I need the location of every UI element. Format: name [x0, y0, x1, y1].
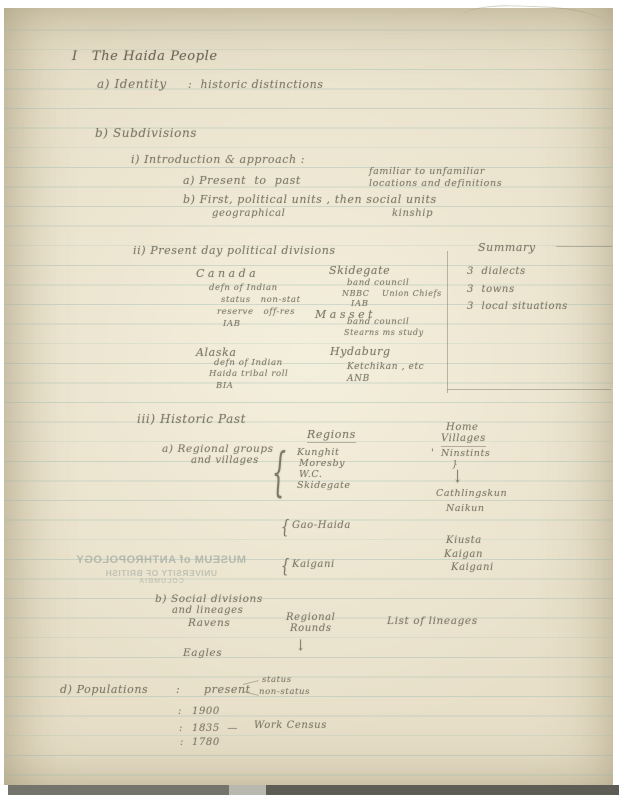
handwritten-text: d) Populations	[60, 684, 148, 696]
handwritten-text: 3 local situations	[467, 302, 568, 313]
handwritten-text: and villages	[191, 456, 259, 467]
handwritten-text: Home	[446, 423, 479, 434]
handwritten-text: b) First, political units , then social …	[183, 194, 437, 206]
handwritten-text: 1835 —	[192, 724, 238, 735]
handwritten-text: 1900	[192, 707, 220, 718]
handwritten-text: b) Subdivisions	[95, 127, 197, 140]
handwritten-text: NBBC Union Chiefs	[342, 290, 442, 298]
handwritten-text: List of lineages	[387, 616, 478, 627]
handwritten-text: iii) Historic Past	[137, 413, 246, 426]
scan-bottom-edge	[0, 785, 619, 795]
handwritten-text: :	[178, 707, 182, 718]
handwritten-text: BIA	[216, 382, 234, 391]
handwritten-text: Skidegate	[297, 481, 351, 491]
stamp-line: COLUMBIA	[66, 578, 256, 587]
handwritten-text: a) Regional groups	[162, 444, 274, 455]
handwritten-text: Gao-Haida	[292, 521, 351, 532]
handwritten-text: band council	[347, 318, 409, 327]
handwritten-text: Naikun	[446, 504, 485, 514]
handwritten-text: Haida tribal roll	[209, 370, 288, 379]
handwritten-text: defn of Indian	[209, 284, 278, 293]
handwritten-text: kinship	[392, 209, 433, 220]
handwritten-text: Regions	[307, 429, 356, 443]
brace-regions: {	[272, 446, 287, 501]
handwritten-text: Alaska	[196, 347, 237, 359]
handwritten-text: i) Introduction & approach :	[131, 154, 305, 166]
handwritten-text: IAB	[223, 320, 241, 329]
handwritten-text: Kiusta	[446, 536, 482, 547]
handwritten-text: Kaigani	[292, 560, 335, 571]
handwritten-text: Eagles	[183, 648, 222, 659]
handwritten-text: defn of Indian	[214, 359, 283, 368]
down-arrow: ↓	[453, 468, 463, 486]
handwritten-text: present	[204, 684, 251, 696]
handwritten-text: and lineages	[172, 606, 243, 617]
paper-sheet: MUSEUM of ANTHROPOLOGY UNIVERSITY OF BRI…	[4, 8, 613, 786]
handwritten-text: Kaigani	[451, 563, 494, 574]
handwritten-text: 3 dialects	[467, 267, 526, 278]
handwritten-text: Ketchikan , etc	[347, 363, 424, 372]
handwritten-text: reserve off-res	[217, 308, 295, 317]
handwritten-text: Villages	[441, 434, 486, 447]
handwritten-text: :	[180, 738, 184, 749]
handwritten-text: ii) Present day political divisions	[133, 245, 336, 257]
handwritten-text: Kunghit	[297, 448, 339, 458]
handwritten-text: a) Present to past	[183, 175, 301, 187]
summary-bottom-hline	[447, 389, 611, 390]
down-arrow: ↓	[296, 638, 306, 654]
handwritten-text: Skidegate	[329, 265, 390, 277]
handwritten-text: ANB	[347, 375, 370, 384]
handwritten-text: familiar to unfamiliar	[369, 167, 485, 177]
handwritten-text: status	[262, 676, 292, 685]
summary-divider-vline	[447, 251, 448, 393]
handwritten-text: Ravens	[188, 618, 230, 629]
handwritten-text: Cathlingskun	[436, 489, 507, 499]
handwritten-text: non-status	[259, 688, 310, 697]
fold-crease	[462, 3, 608, 25]
handwritten-text: I The Haida People	[72, 50, 218, 64]
handwritten-text: :	[179, 724, 183, 735]
handwritten-text: band council	[347, 279, 409, 288]
brace-gao-haida: {	[281, 519, 290, 538]
handwritten-text: Ninstints	[441, 449, 490, 459]
handwritten-text: status non-stat	[221, 296, 301, 305]
handwritten-text: a) Identity	[97, 78, 167, 91]
summary-top-hline	[556, 246, 612, 247]
stamp-line: MUSEUM of ANTHROPOLOGY	[66, 554, 256, 568]
handwritten-text: Moresby	[299, 459, 345, 469]
handwritten-text: locations and definitions	[369, 179, 502, 189]
bleedthrough-stamp: MUSEUM of ANTHROPOLOGY UNIVERSITY OF BRI…	[66, 554, 256, 587]
handwritten-text: Canada	[196, 268, 259, 280]
handwritten-text: 3 towns	[467, 285, 515, 296]
handwritten-text: Summary	[478, 242, 536, 254]
handwritten-text: Work Census	[254, 721, 327, 732]
handwritten-text: W.C.	[299, 470, 322, 480]
handwritten-text: :	[176, 684, 180, 696]
handwritten-text: '	[431, 449, 434, 460]
handwritten-text: Kaigan	[444, 550, 483, 561]
handwritten-text: : historic distinctions	[188, 79, 324, 91]
brace-kaigani: {	[281, 558, 290, 577]
handwritten-text: geographical	[212, 209, 285, 220]
stamp-line: UNIVERSITY OF BRITISH	[66, 568, 256, 579]
handwritten-text: Regional	[286, 613, 335, 624]
handwritten-text: Stearns ms study	[344, 329, 424, 337]
handwritten-text: Rounds	[290, 624, 332, 635]
scanned-page: MUSEUM of ANTHROPOLOGY UNIVERSITY OF BRI…	[0, 0, 619, 795]
handwritten-text: b) Social divisions	[155, 594, 263, 605]
handwritten-text: Hydaburg	[330, 346, 391, 358]
handwritten-text: 1780	[192, 738, 220, 749]
